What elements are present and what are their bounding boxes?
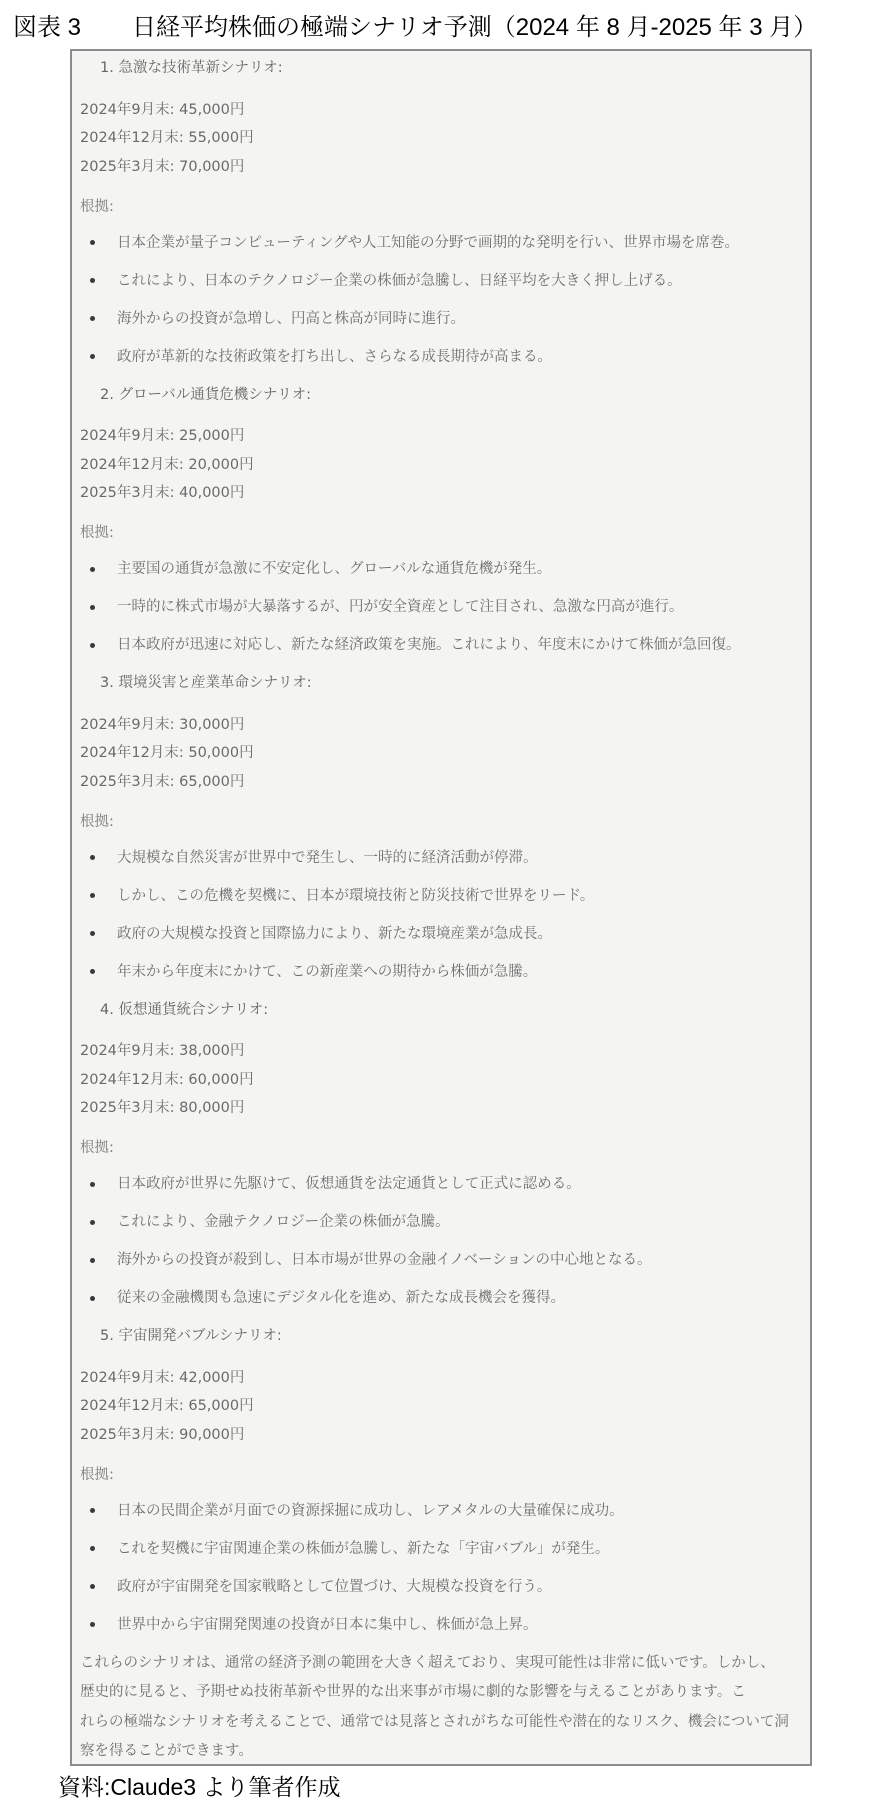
reason-item: 従来の金融機関も急速にデジタル化を進め、新たな成長機会を獲得。 bbox=[72, 1288, 810, 1308]
bullet-icon bbox=[90, 1546, 95, 1551]
forecast-separator: : bbox=[179, 130, 189, 146]
basis-label: 根拠: bbox=[80, 1138, 810, 1158]
scenario-3: 3. 環境災害と産業革命シナリオ: 2024年9月末: 30,000円 2024… bbox=[72, 673, 810, 982]
scenario-panel: 1. 急激な技術革新シナリオ: 2024年9月末: 45,000円 2024年1… bbox=[70, 49, 812, 1766]
basis-label: 根拠: bbox=[80, 812, 810, 832]
forecast-period: 2024年9月末 bbox=[80, 428, 170, 444]
forecast-period: 2024年9月末 bbox=[80, 1043, 170, 1059]
forecast-value: 60,000円 bbox=[188, 1072, 253, 1088]
reason-item: 世界中から宇宙開発関連の投資が日本に集中し、株価が急上昇。 bbox=[72, 1615, 810, 1635]
reason-item: しかし、この危機を契機に、日本が環境技術と防災技術で世界をリード。 bbox=[72, 886, 810, 906]
bullet-icon bbox=[90, 893, 95, 898]
reason-text: 主要国の通貨が急激に不安定化し、グローバルな通貨危機が発生。 bbox=[117, 561, 551, 577]
reasons-list: 大規模な自然災害が世界中で発生し、一時的に経済活動が停滞。 しかし、この危機を契… bbox=[72, 848, 810, 982]
forecast-row: 2025年3月末: 65,000円 bbox=[80, 772, 810, 792]
forecast-value: 80,000円 bbox=[179, 1100, 244, 1116]
forecast-period: 2025年3月末 bbox=[80, 159, 170, 175]
forecast-value: 50,000円 bbox=[188, 745, 253, 761]
forecast-separator: : bbox=[170, 717, 180, 733]
forecast-separator: : bbox=[170, 1427, 180, 1443]
reason-text: しかし、この危機を契機に、日本が環境技術と防災技術で世界をリード。 bbox=[117, 888, 594, 904]
reason-item: 年末から年度末にかけて、この新産業への期待から株価が急騰。 bbox=[72, 962, 810, 982]
forecast-period: 2025年3月末 bbox=[80, 1100, 170, 1116]
bullet-icon bbox=[90, 1296, 95, 1301]
scenario-4: 4. 仮想通貨統合シナリオ: 2024年9月末: 38,000円 2024年12… bbox=[72, 1000, 810, 1309]
reason-text: 海外からの投資が急増し、円高と株高が同時に進行。 bbox=[117, 311, 465, 327]
reasons-list: 日本政府が世界に先駆けて、仮想通貨を法定通貨として正式に認める。 これにより、金… bbox=[72, 1174, 810, 1308]
reasons-list: 日本の民間企業が月面での資源採掘に成功し、レアメタルの大量確保に成功。 これを契… bbox=[72, 1501, 810, 1635]
forecast-row: 2024年9月末: 25,000円 bbox=[80, 426, 810, 446]
reason-text: 政府が宇宙開発を国家戦略として位置づけ、大規模な投資を行う。 bbox=[117, 1579, 551, 1595]
reason-text: 日本政府が世界に先駆けて、仮想通貨を法定通貨として正式に認める。 bbox=[117, 1176, 581, 1192]
forecast-value: 25,000円 bbox=[179, 428, 244, 444]
reason-text: これにより、金融テクノロジー企業の株価が急騰。 bbox=[117, 1214, 450, 1230]
figure-title: 日経平均株価の極端シナリオ予測（2024 年 8 月-2025 年 3 月） bbox=[132, 14, 817, 42]
forecast-value: 55,000円 bbox=[188, 130, 253, 146]
reason-item: 海外からの投資が殺到し、日本市場が世界の金融イノベーションの中心地となる。 bbox=[72, 1250, 810, 1270]
forecast-period: 2024年12月末 bbox=[80, 457, 179, 473]
reason-text: 政府が革新的な技術政策を打ち出し、さらなる成長期待が高まる。 bbox=[117, 349, 552, 365]
forecast-period: 2025年3月末 bbox=[80, 774, 170, 790]
bullet-icon bbox=[90, 316, 95, 321]
bullet-icon bbox=[90, 1220, 95, 1225]
reason-text: 日本企業が量子コンピューティングや人工知能の分野で画期的な発明を行い、世界市場を… bbox=[117, 235, 739, 251]
reasons-list: 日本企業が量子コンピューティングや人工知能の分野で画期的な発明を行い、世界市場を… bbox=[72, 233, 810, 367]
reason-item: 日本政府が世界に先駆けて、仮想通貨を法定通貨として正式に認める。 bbox=[72, 1174, 810, 1194]
scenario-heading: 3. 環境災害と産業革命シナリオ: bbox=[100, 673, 810, 693]
forecast-separator: : bbox=[170, 1043, 180, 1059]
forecast-row: 2024年9月末: 38,000円 bbox=[80, 1041, 810, 1061]
reason-text: 世界中から宇宙開発関連の投資が日本に集中し、株価が急上昇。 bbox=[117, 1617, 538, 1633]
reason-item: 大規模な自然災害が世界中で発生し、一時的に経済活動が停滞。 bbox=[72, 848, 810, 868]
forecast-separator: : bbox=[170, 1370, 180, 1386]
forecast-row: 2024年9月末: 30,000円 bbox=[80, 715, 810, 735]
bullet-icon bbox=[90, 1508, 95, 1513]
bullet-icon bbox=[90, 1584, 95, 1589]
reason-text: 政府の大規模な投資と国際協力により、新たな環境産業が急成長。 bbox=[117, 926, 552, 942]
scenario-2: 2. グローバル通貨危機シナリオ: 2024年9月末: 25,000円 2024… bbox=[72, 385, 810, 656]
forecast-separator: : bbox=[170, 159, 180, 175]
conclusion-line: 歴史的に見ると、予期せぬ技術革新や世界的な出来事が市場に劇的な影響を与えることが… bbox=[80, 1678, 810, 1708]
reason-text: 日本政府が迅速に対応し、新たな経済政策を実施。これにより、年度末にかけて株価が急… bbox=[117, 637, 741, 653]
bullet-icon bbox=[90, 1258, 95, 1263]
forecast-separator: : bbox=[170, 774, 180, 790]
forecast-row: 2024年12月末: 50,000円 bbox=[80, 743, 810, 763]
forecast-period: 2024年9月末 bbox=[80, 102, 170, 118]
bullet-icon bbox=[90, 643, 95, 648]
forecast-row: 2025年3月末: 90,000円 bbox=[80, 1425, 810, 1445]
scenario-heading: 1. 急激な技術革新シナリオ: bbox=[100, 58, 810, 78]
scenario-heading: 2. グローバル通貨危機シナリオ: bbox=[100, 385, 810, 405]
forecast-period: 2024年12月末 bbox=[80, 745, 179, 761]
forecast-period: 2025年3月末 bbox=[80, 485, 170, 501]
conclusion-line: これらのシナリオは、通常の経済予測の範囲を大きく超えており、実現可能性は非常に低… bbox=[80, 1649, 810, 1679]
bullet-icon bbox=[90, 931, 95, 936]
forecast-separator: : bbox=[179, 457, 189, 473]
reason-item: 政府が革新的な技術政策を打ち出し、さらなる成長期待が高まる。 bbox=[72, 347, 810, 367]
reason-item: 日本政府が迅速に対応し、新たな経済政策を実施。これにより、年度末にかけて株価が急… bbox=[72, 635, 810, 655]
forecast-value: 70,000円 bbox=[179, 159, 244, 175]
forecast-value: 40,000円 bbox=[179, 485, 244, 501]
reason-item: これにより、金融テクノロジー企業の株価が急騰。 bbox=[72, 1212, 810, 1232]
forecast-value: 65,000円 bbox=[188, 1398, 253, 1414]
forecast-separator: : bbox=[179, 745, 189, 761]
forecast-separator: : bbox=[179, 1398, 189, 1414]
forecast-period: 2025年3月末 bbox=[80, 1427, 170, 1443]
forecast-value: 30,000円 bbox=[179, 717, 244, 733]
forecast-separator: : bbox=[179, 1072, 189, 1088]
scenario-heading: 5. 宇宙開発バブルシナリオ: bbox=[100, 1326, 810, 1346]
forecast-row: 2025年3月末: 40,000円 bbox=[80, 483, 810, 503]
conclusion-line: 察を得ることができます。 bbox=[80, 1737, 810, 1767]
forecast-value: 45,000円 bbox=[179, 102, 244, 118]
forecast-separator: : bbox=[170, 485, 180, 501]
forecast-row: 2025年3月末: 70,000円 bbox=[80, 157, 810, 177]
bullet-icon bbox=[90, 240, 95, 245]
forecast-value: 65,000円 bbox=[179, 774, 244, 790]
bullet-icon bbox=[90, 605, 95, 610]
reason-text: 海外からの投資が殺到し、日本市場が世界の金融イノベーションの中心地となる。 bbox=[117, 1252, 651, 1268]
scenario-heading: 4. 仮想通貨統合シナリオ: bbox=[100, 1000, 810, 1020]
reason-text: 日本の民間企業が月面での資源採掘に成功し、レアメタルの大量確保に成功。 bbox=[117, 1503, 624, 1519]
basis-label: 根拠: bbox=[80, 523, 810, 543]
bullet-icon bbox=[90, 855, 95, 860]
reason-item: 政府の大規模な投資と国際協力により、新たな環境産業が急成長。 bbox=[72, 924, 810, 944]
reason-text: これを契機に宇宙関連企業の株価が急騰し、新たな「宇宙バブル」が発生。 bbox=[117, 1541, 609, 1557]
source-note: 資料:Claude3 より筆者作成 bbox=[58, 1774, 340, 1800]
bullet-icon bbox=[90, 1182, 95, 1187]
forecast-period: 2024年12月末 bbox=[80, 130, 179, 146]
forecast-value: 90,000円 bbox=[179, 1427, 244, 1443]
forecast-separator: : bbox=[170, 1100, 180, 1116]
conclusion-paragraph: これらのシナリオは、通常の経済予測の範囲を大きく超えており、実現可能性は非常に低… bbox=[80, 1649, 810, 1767]
bullet-icon bbox=[90, 969, 95, 974]
forecast-row: 2024年12月末: 65,000円 bbox=[80, 1396, 810, 1416]
forecast-row: 2024年12月末: 60,000円 bbox=[80, 1070, 810, 1090]
reason-item: これを契機に宇宙関連企業の株価が急騰し、新たな「宇宙バブル」が発生。 bbox=[72, 1539, 810, 1559]
forecast-period: 2024年12月末 bbox=[80, 1072, 179, 1088]
reason-item: 海外からの投資が急増し、円高と株高が同時に進行。 bbox=[72, 309, 810, 329]
reason-text: これにより、日本のテクノロジー企業の株価が急騰し、日経平均を大きく押し上げる。 bbox=[117, 273, 682, 289]
reason-item: これにより、日本のテクノロジー企業の株価が急騰し、日経平均を大きく押し上げる。 bbox=[72, 271, 810, 291]
reason-text: 年末から年度末にかけて、この新産業への期待から株価が急騰。 bbox=[117, 964, 537, 980]
figure-label: 図表 3 bbox=[13, 14, 81, 42]
reason-text: 大規模な自然災害が世界中で発生し、一時的に経済活動が停滞。 bbox=[117, 850, 538, 866]
conclusion-line: れらの極端なシナリオを考えることで、通常では見落とされがちな可能性や潜在的なリス… bbox=[80, 1708, 810, 1738]
bullet-icon bbox=[90, 1622, 95, 1627]
forecast-value: 20,000円 bbox=[188, 457, 253, 473]
reason-item: 日本の民間企業が月面での資源採掘に成功し、レアメタルの大量確保に成功。 bbox=[72, 1501, 810, 1521]
forecast-value: 42,000円 bbox=[179, 1370, 244, 1386]
forecast-period: 2024年9月末 bbox=[80, 717, 170, 733]
forecast-period: 2024年9月末 bbox=[80, 1370, 170, 1386]
scenario-1: 1. 急激な技術革新シナリオ: 2024年9月末: 45,000円 2024年1… bbox=[72, 58, 810, 367]
bullet-icon bbox=[90, 354, 95, 359]
basis-label: 根拠: bbox=[80, 197, 810, 217]
bullet-icon bbox=[90, 567, 95, 572]
reason-item: 政府が宇宙開発を国家戦略として位置づけ、大規模な投資を行う。 bbox=[72, 1577, 810, 1597]
reason-item: 主要国の通貨が急激に不安定化し、グローバルな通貨危機が発生。 bbox=[72, 559, 810, 579]
reason-item: 一時的に株式市場が大暴落するが、円が安全資産として注目され、急激な円高が進行。 bbox=[72, 597, 810, 617]
forecast-separator: : bbox=[170, 102, 180, 118]
forecast-row: 2024年12月末: 55,000円 bbox=[80, 128, 810, 148]
forecast-separator: : bbox=[170, 428, 180, 444]
reason-item: 日本企業が量子コンピューティングや人工知能の分野で画期的な発明を行い、世界市場を… bbox=[72, 233, 810, 253]
forecast-row: 2024年9月末: 42,000円 bbox=[80, 1368, 810, 1388]
forecast-row: 2025年3月末: 80,000円 bbox=[80, 1098, 810, 1118]
forecast-value: 38,000円 bbox=[179, 1043, 244, 1059]
scenario-5: 5. 宇宙開発バブルシナリオ: 2024年9月末: 42,000円 2024年1… bbox=[72, 1326, 810, 1635]
reason-text: 従来の金融機関も急速にデジタル化を進め、新たな成長機会を獲得。 bbox=[117, 1290, 565, 1306]
reason-text: 一時的に株式市場が大暴落するが、円が安全資産として注目され、急激な円高が進行。 bbox=[117, 599, 683, 615]
bullet-icon bbox=[90, 278, 95, 283]
reasons-list: 主要国の通貨が急激に不安定化し、グローバルな通貨危機が発生。 一時的に株式市場が… bbox=[72, 559, 810, 655]
basis-label: 根拠: bbox=[80, 1465, 810, 1485]
forecast-row: 2024年9月末: 45,000円 bbox=[80, 100, 810, 120]
forecast-period: 2024年12月末 bbox=[80, 1398, 179, 1414]
forecast-row: 2024年12月末: 20,000円 bbox=[80, 455, 810, 475]
